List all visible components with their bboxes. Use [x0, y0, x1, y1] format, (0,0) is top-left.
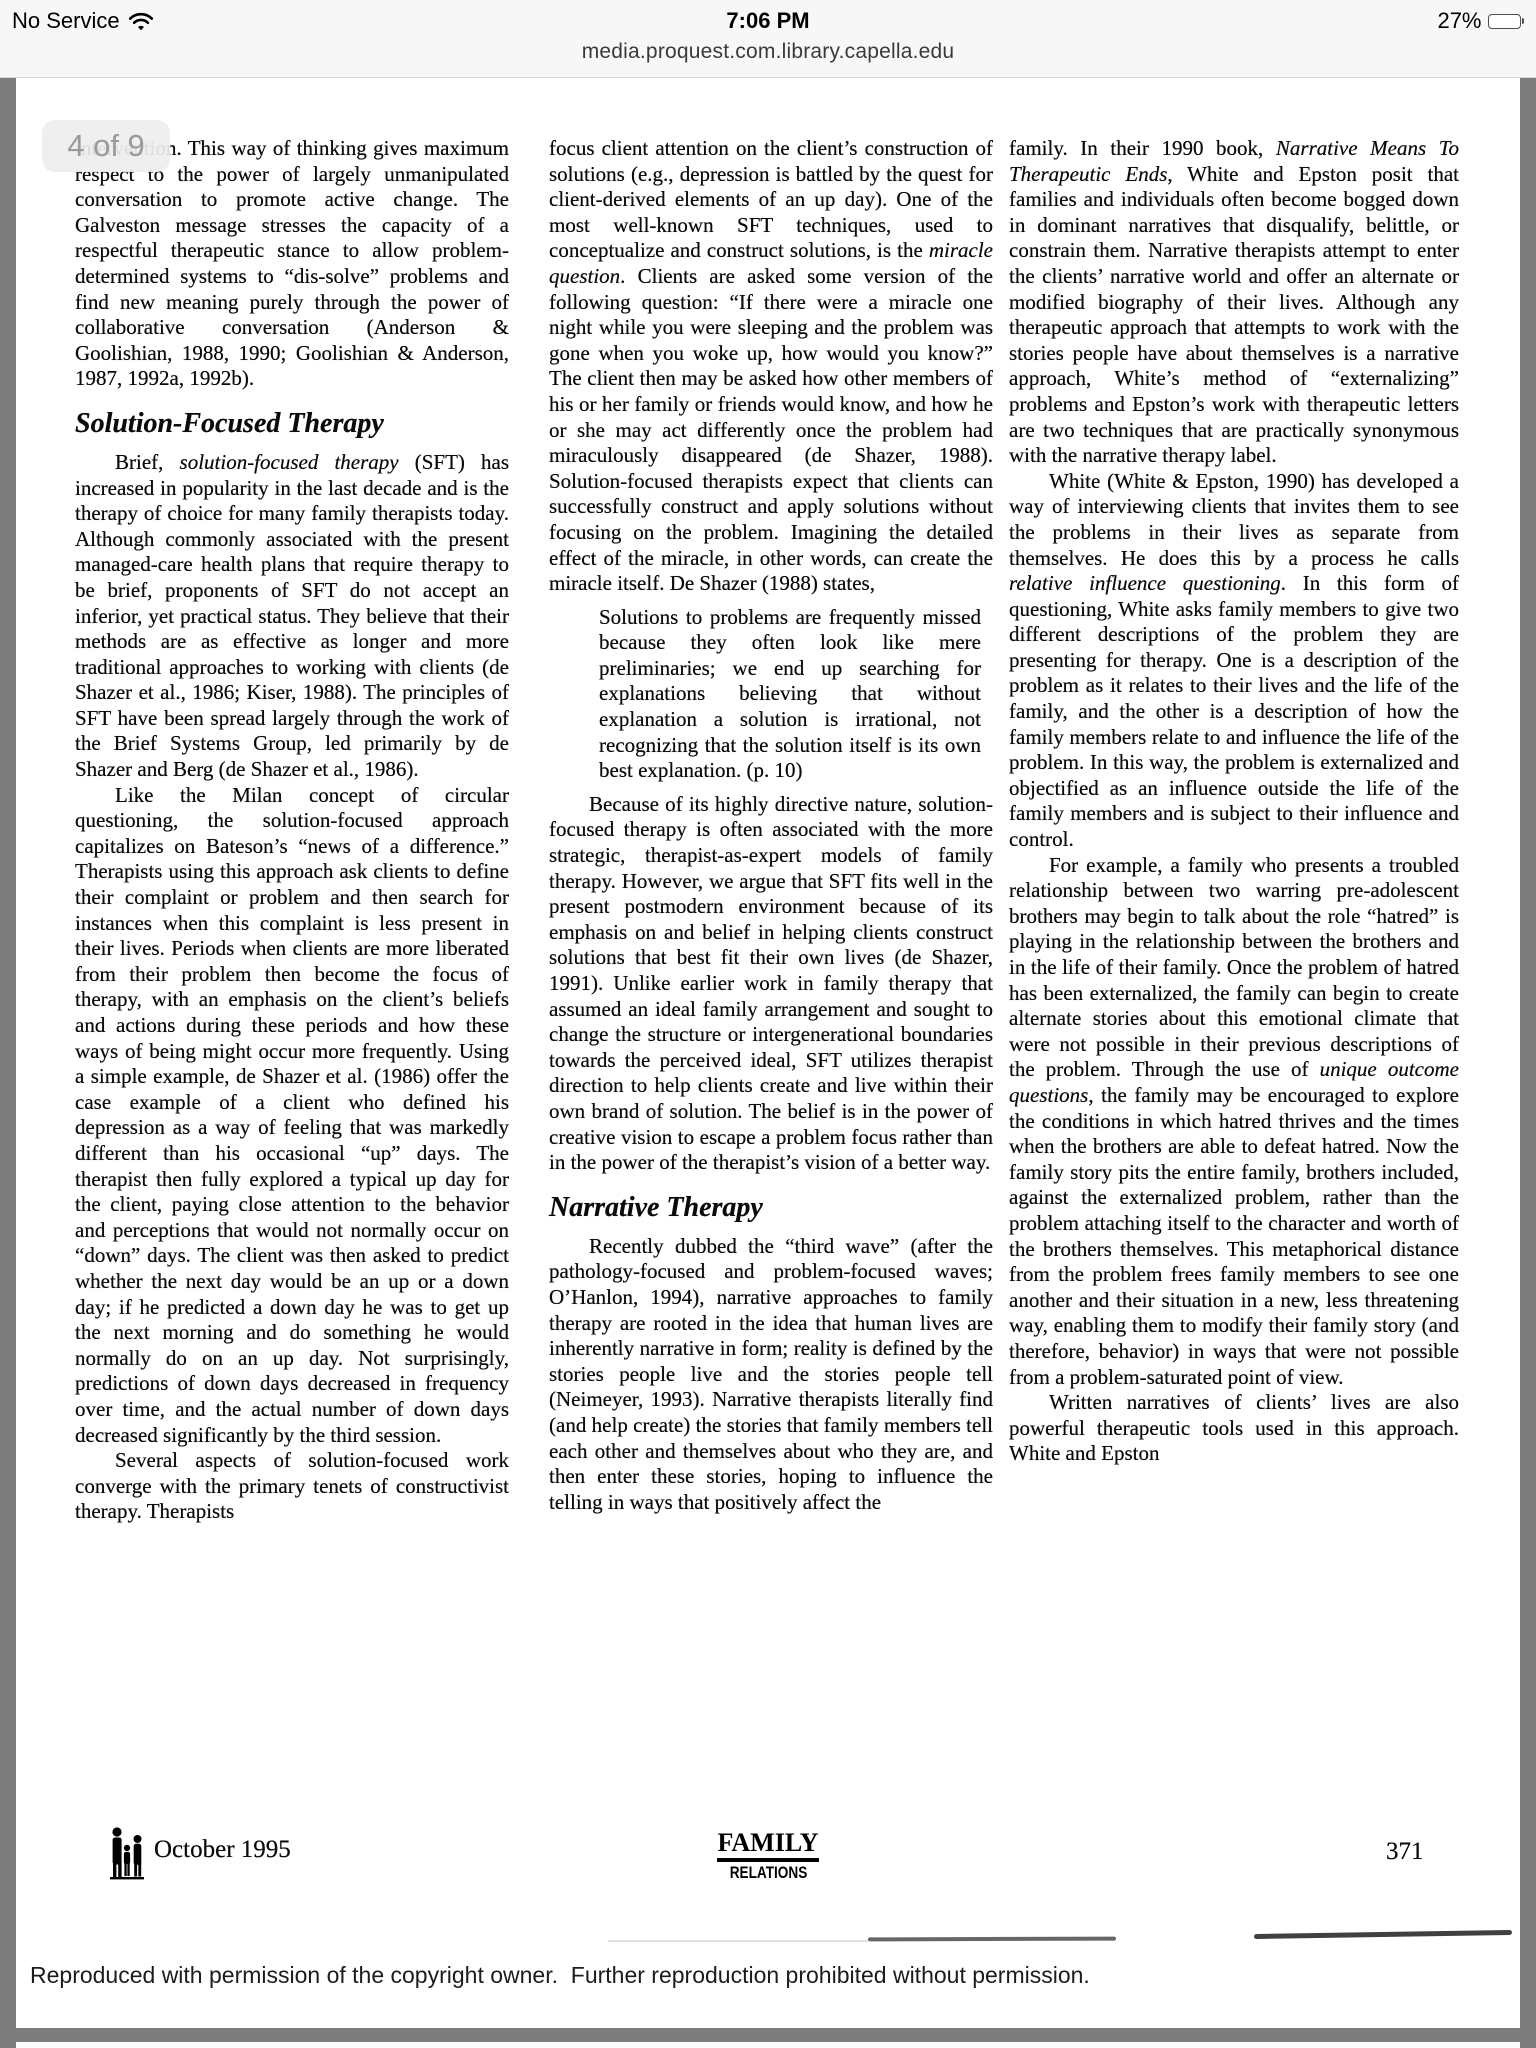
journal-title-family: FAMILY [717, 1830, 818, 1862]
page-indicator: 4 of 9 [42, 120, 170, 172]
clock: 7:06 PM [726, 8, 809, 34]
paragraph: White (White & Epston, 1990) has develop… [1009, 469, 1459, 853]
pdf-viewer-background[interactable]: 4 of 9 intervention. This way of thinkin… [0, 78, 1536, 2048]
article-column-left: intervention. This way of thinking gives… [75, 136, 509, 1525]
article-column-right: family. In their 1990 book, Narrative Me… [1009, 136, 1459, 1467]
next-page-edge [16, 2042, 1520, 2048]
paragraph: Like the Milan concept of circular quest… [75, 783, 509, 1448]
family-silhouette-icon [108, 1826, 146, 1882]
paragraph: Several aspects of solution-focused work… [75, 1448, 509, 1525]
browser-chrome: No Service 7:06 PM 27% media.proquest.co… [0, 0, 1536, 78]
paragraph: intervention. This way of thinking gives… [75, 136, 509, 392]
paragraph: Written narratives of clients’ lives are… [1009, 1390, 1459, 1467]
url-row: media.proquest.com.library.capella.edu [0, 40, 1536, 64]
issue-date: October 1995 [154, 1836, 291, 1864]
section-heading: Narrative Therapy [549, 1191, 993, 1225]
scan-artifact [608, 1940, 868, 1942]
carrier-label: No Service [12, 8, 120, 34]
scan-artifact [868, 1937, 1116, 1942]
document-page: 4 of 9 intervention. This way of thinkin… [16, 78, 1520, 2028]
battery-percent: 27% [1437, 8, 1481, 34]
copyright-notice: Reproduced with permission of the copyri… [30, 1962, 1090, 1989]
journal-title-relations: RELATIONS [729, 1864, 807, 1881]
article-column-middle: focus client attention on the client’s c… [549, 136, 993, 1515]
paragraph: Brief, solution-focused therapy (SFT) ha… [75, 450, 509, 783]
paragraph: Recently dubbed the “third wave” (after … [549, 1234, 993, 1516]
family-relations-wordmark: FAMILY RELATIONS [716, 1830, 820, 1881]
paragraph: For example, a family who presents a tro… [1009, 853, 1459, 1390]
section-heading: Solution-Focused Therapy [75, 407, 509, 441]
paragraph: Because of its highly directive nature, … [549, 792, 993, 1176]
battery-icon [1488, 14, 1525, 29]
block-quote: Solutions to problems are frequently mis… [599, 605, 981, 784]
wifi-icon [128, 12, 154, 31]
address-bar[interactable]: media.proquest.com.library.capella.edu [582, 40, 955, 63]
paragraph: focus client attention on the client’s c… [549, 136, 993, 597]
status-bar: No Service 7:06 PM 27% [0, 0, 1536, 42]
page-number: 371 [1386, 1838, 1424, 1866]
scan-artifact [1254, 1930, 1512, 1939]
paragraph: family. In their 1990 book, Narrative Me… [1009, 136, 1459, 469]
